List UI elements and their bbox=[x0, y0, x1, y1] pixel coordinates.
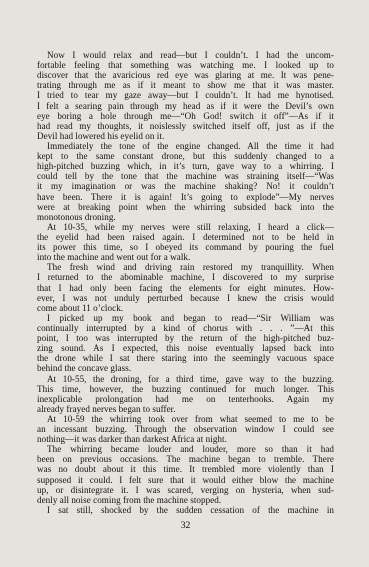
text-line: I felt a searing pain through my head as… bbox=[37, 101, 334, 111]
paragraph: I sat still, shocked by the sudden cessa… bbox=[37, 505, 334, 515]
paragraph: Now I would relax and read—but I couldn’… bbox=[37, 50, 334, 141]
text-line: had read my thoughts, it noislessly swit… bbox=[37, 121, 334, 131]
text-line: have been. There it is again! It’s going… bbox=[37, 192, 334, 202]
text-line: At 10-55, the droning, for a third time,… bbox=[37, 374, 334, 384]
text-line: continually interrupted by a kind of cho… bbox=[37, 323, 334, 333]
text-line: was no doubt about it this time. It trem… bbox=[37, 464, 334, 474]
text-line: Now I would relax and read—but I couldn’… bbox=[37, 50, 334, 60]
text-line: its power this time, so I obeyed its com… bbox=[37, 242, 334, 252]
text-line: been on previous occasions. The machine … bbox=[37, 454, 334, 464]
text-line: high-pitched buzzing which, in it’s turn… bbox=[37, 161, 334, 171]
text-line: This time, however, the buzzing continue… bbox=[37, 384, 334, 394]
text-line: already frayed nerves began to suffer. bbox=[37, 404, 334, 414]
page-text: Now I would relax and read—but I couldn’… bbox=[37, 50, 334, 515]
text-line: fortable feeling that something was watc… bbox=[37, 60, 334, 70]
text-line: were at breaking point when the whirring… bbox=[37, 202, 334, 212]
text-line: The whirring became louder and louder, m… bbox=[37, 444, 334, 454]
paragraph: The whirring became louder and louder, m… bbox=[37, 444, 334, 505]
text-line: Devil had lowered his eyelid on it. bbox=[37, 131, 334, 141]
text-line: the drone while I sat there staring into… bbox=[37, 353, 334, 363]
text-line: point, I too was interrupted by the retu… bbox=[37, 333, 334, 343]
text-line: the eyelid had been raised again. I dete… bbox=[37, 232, 334, 242]
text-line: Immediately the tone of the engine chang… bbox=[37, 141, 334, 151]
text-line: zing sound. As I expected, this noise ev… bbox=[37, 343, 334, 353]
text-line: up, or disintegrate it. I was scared, ve… bbox=[37, 485, 334, 495]
text-line: kept to the same constant drone, but thi… bbox=[37, 151, 334, 161]
text-line: At 10-35, while my nerves were still rel… bbox=[37, 222, 334, 232]
text-line: nothing—it was darker than darkest Afric… bbox=[37, 434, 334, 444]
text-line: I picked up my book and began to read—“S… bbox=[37, 313, 334, 323]
text-line: inexplicable prolongation had me on tent… bbox=[37, 394, 334, 404]
text-line: that I had only been facing the elements… bbox=[37, 283, 334, 293]
paragraph: At 10-35, while my nerves were still rel… bbox=[37, 222, 334, 262]
text-line: it my imagination or was the machine sha… bbox=[37, 181, 334, 191]
text-line: The fresh wind and driving rain restored… bbox=[37, 262, 334, 272]
text-line: discover that the avaricious red eye was… bbox=[37, 70, 334, 80]
text-line: an incessant buzzing. Through the observ… bbox=[37, 424, 334, 434]
text-line: into the machine and went out for a walk… bbox=[37, 252, 334, 262]
text-line: I returned to the abominable machine, I … bbox=[37, 272, 334, 282]
text-line: I tried to tear my gaze away—but I could… bbox=[37, 90, 334, 100]
paragraph: The fresh wind and driving rain restored… bbox=[37, 262, 334, 313]
text-line: denly all noise coming from the machine … bbox=[37, 495, 334, 505]
paragraph: At 10-59 the whirring took over from wha… bbox=[37, 414, 334, 444]
text-line: monotonous droning. bbox=[37, 212, 334, 222]
text-line: I sat still, shocked by the sudden cessa… bbox=[37, 505, 334, 515]
text-line: supposed it could. I felt sure that it w… bbox=[37, 475, 334, 485]
page-number: 32 bbox=[37, 520, 334, 531]
text-line: could tell by the tone that the machine … bbox=[37, 171, 334, 181]
text-line: eye boring a hole through me—“Oh God! sw… bbox=[37, 111, 334, 121]
text-line: At 10-59 the whirring took over from wha… bbox=[37, 414, 334, 424]
text-line: behind the concave glass. bbox=[37, 363, 334, 373]
text-line: ever, I was not unduly perturbed because… bbox=[37, 293, 334, 303]
paragraph: At 10-55, the droning, for a third time,… bbox=[37, 374, 334, 414]
paragraph: I picked up my book and began to read—“S… bbox=[37, 313, 334, 374]
text-line: trating through me as if it meant to sho… bbox=[37, 80, 334, 90]
book-page: Now I would relax and read—but I couldn’… bbox=[0, 0, 369, 567]
text-line: come about 11 o’clock. bbox=[37, 303, 334, 313]
paragraph: Immediately the tone of the engine chang… bbox=[37, 141, 334, 222]
